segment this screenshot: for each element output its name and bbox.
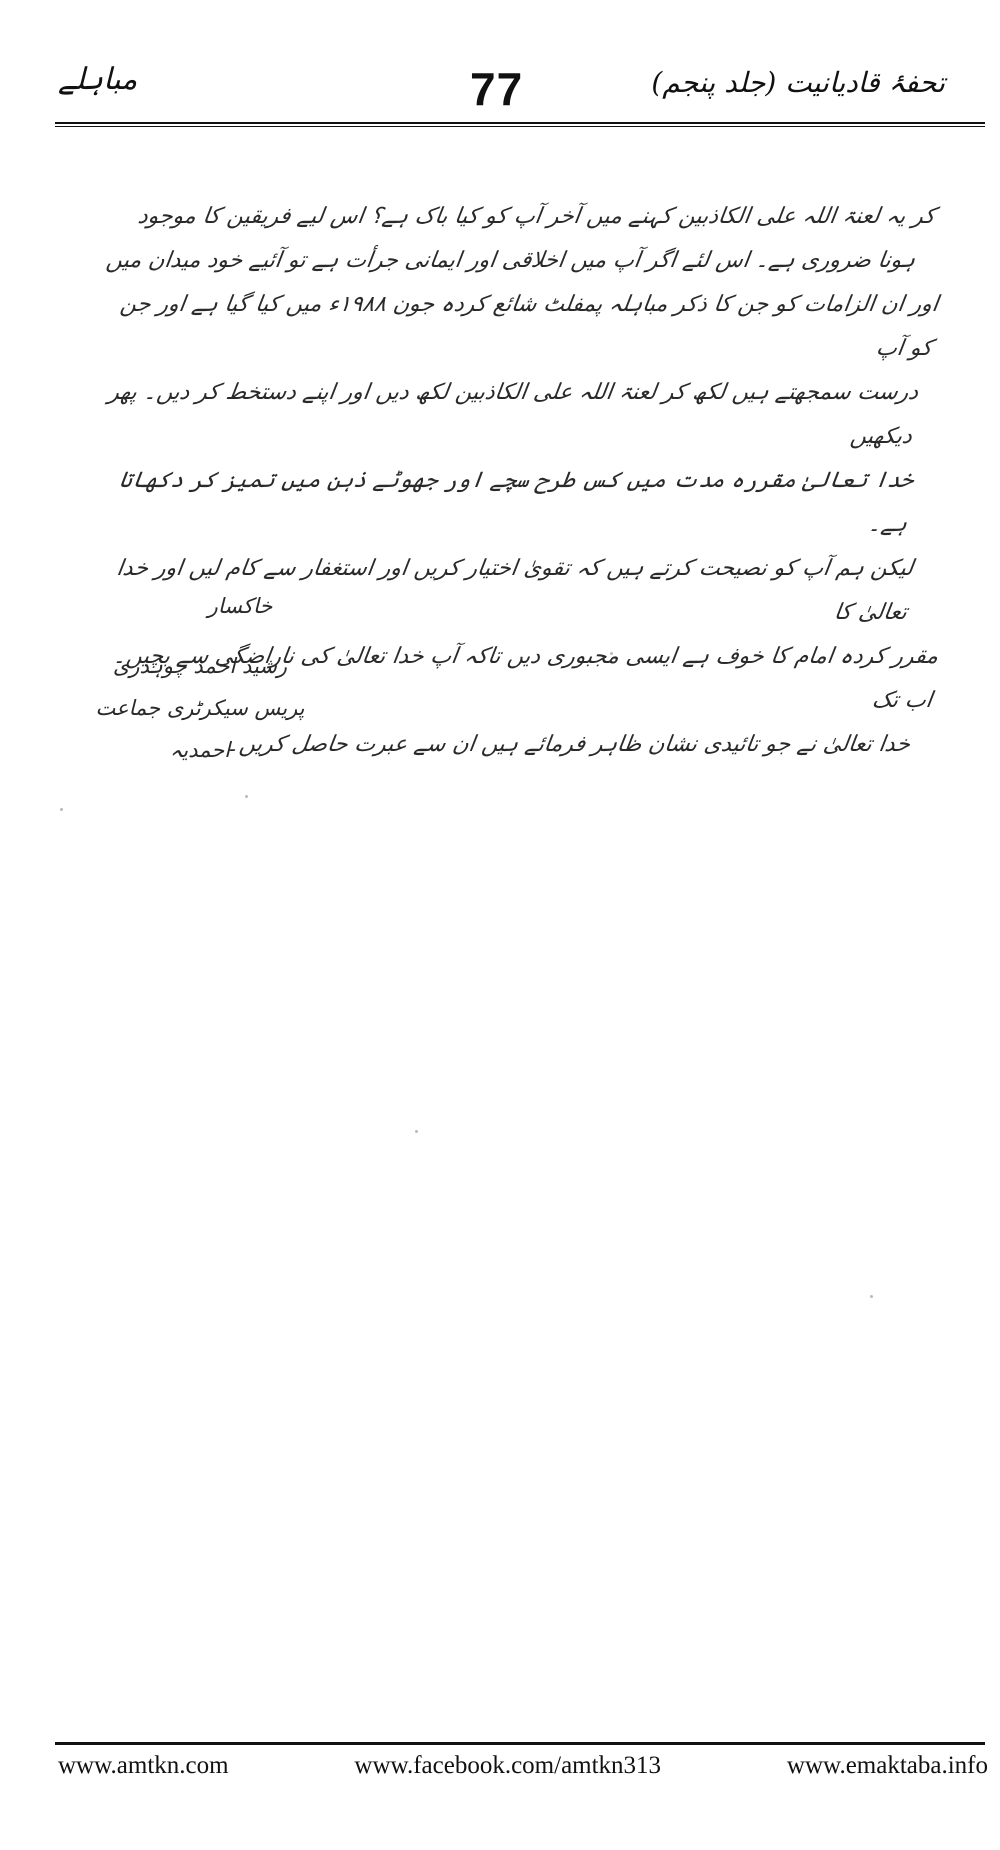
letter-line: کر یہ لعنۃ اللہ علی الکاذبین کہنے میں آخ… [92, 195, 938, 239]
section-title: مباہلے [58, 62, 137, 97]
letter-line: ہونا ضروری ہے۔ اس لئے اگر آپ میں اخلاقی … [92, 239, 938, 283]
letter-line: خدا تعالیٰ مقررہ مدت میں کس طرح سچے اور … [89, 459, 941, 547]
footer-link-emaktaba[interactable]: www.emaktaba.info [787, 1752, 988, 1780]
footer-link-amtkn[interactable]: www.amtkn.com [58, 1752, 229, 1780]
header-rule-thin [55, 126, 985, 127]
letter-signature: خاکسار رشید احمد چوہدری پریس سیکرٹری جما… [70, 585, 330, 771]
page-header: مباہلے 77 تحفۂ قادیانیت (جلد پنجم) [0, 0, 1000, 125]
footer-link-facebook[interactable]: www.facebook.com/amtkn313 [354, 1752, 661, 1780]
signature-closing: خاکسار [70, 585, 330, 627]
signature-name: رشید احمد چوہدری [70, 645, 330, 687]
signature-designation: پریس سیکرٹری جماعت احمدیہ [70, 687, 330, 771]
scan-speck [870, 1295, 873, 1298]
letter-line: اور ان الزامات کو جن کا ذکر مباہلہ پمفلٹ… [89, 283, 941, 371]
page-footer: www.amtkn.com www.facebook.com/amtkn313 … [58, 1752, 988, 1780]
scan-speck [415, 1130, 418, 1133]
footer-rule [55, 1742, 985, 1745]
scan-speck [60, 808, 63, 811]
scan-speck [610, 652, 613, 655]
page-number: 77 [470, 62, 523, 116]
letter-line: درست سمجھتے ہیں لکھ کر لعنۃ اللہ علی الک… [89, 371, 941, 459]
book-title: تحفۂ قادیانیت (جلد پنجم) [651, 66, 945, 99]
header-rule [55, 122, 985, 124]
scan-speck [245, 795, 248, 798]
